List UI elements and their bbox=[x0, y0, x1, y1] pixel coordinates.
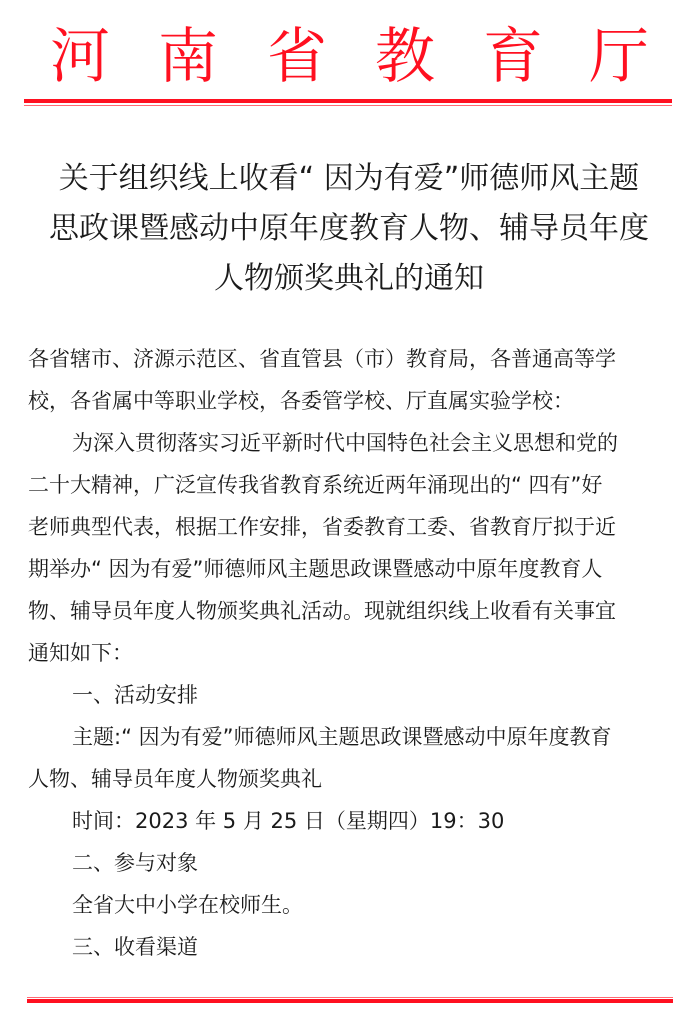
paragraph-line: 二十大精神，广泛宣传我省教育系统近两年涌现出的“ 四有”好 bbox=[28, 464, 678, 506]
paragraph-line: 期举办“ 因为有爱”师德师风主题思政课暨感动中原年度教育人 bbox=[28, 548, 678, 590]
document-body: 各省辖市、济源示范区、省直管县（市）教育局，各普通高等学 校，各省属中等职业学校… bbox=[28, 338, 678, 968]
paragraph-line: 老师典型代表，根据工作安排，省委教育工委、省教育厅拟于近 bbox=[28, 506, 678, 548]
paragraph-line: 为深入贯彻落实习近平新时代中国特色社会主义思想和党的 bbox=[28, 422, 678, 464]
salutation-line: 校，各省属中等职业学校，各委管学校、厅直属实验学校： bbox=[28, 380, 678, 422]
section-heading-activity: 一、活动安排 bbox=[28, 674, 678, 716]
header-rule-thick bbox=[24, 99, 672, 103]
salutation-line: 各省辖市、济源示范区、省直管县（市）教育局，各普通高等学 bbox=[28, 338, 678, 380]
letterhead-char: 南 bbox=[153, 22, 223, 92]
section-heading-channels: 三、收看渠道 bbox=[28, 926, 678, 968]
letterhead-char: 省 bbox=[262, 22, 332, 92]
paragraph-line: 物、辅导员年度人物颁奖典礼活动。现就组织线上收看有关事宜 bbox=[28, 590, 678, 632]
audience-line: 全省大中小学在校师生。 bbox=[28, 884, 678, 926]
event-theme-line: 主题:“ 因为有爱”师德师风主题思政课暨感动中原年度教育 bbox=[28, 716, 678, 758]
title-line: 关于组织线上收看“ 因为有爱”师德师风主题 bbox=[0, 154, 698, 204]
paragraph-line: 通知如下： bbox=[28, 632, 678, 674]
title-line: 思政课暨感动中原年度教育人物、辅导员年度 bbox=[0, 204, 698, 254]
title-line: 人物颁奖典礼的通知 bbox=[0, 254, 698, 304]
section-heading-audience: 二、参与对象 bbox=[28, 842, 678, 884]
document-title: 关于组织线上收看“ 因为有爱”师德师风主题 思政课暨感动中原年度教育人物、辅导员… bbox=[0, 154, 698, 304]
letterhead-char: 教 bbox=[370, 22, 440, 92]
letterhead-char: 育 bbox=[478, 22, 548, 92]
footer-rule-thin bbox=[27, 997, 673, 999]
letterhead: 河 南 省 教 育 厅 bbox=[0, 22, 698, 92]
event-time-line: 时间：2023 年 5 月 25 日（星期四）19：30 bbox=[28, 800, 678, 842]
header-rule-thin bbox=[24, 105, 672, 107]
event-theme-line: 人物、辅导员年度人物颁奖典礼 bbox=[28, 758, 678, 800]
letterhead-char: 厅 bbox=[584, 22, 654, 92]
footer-rule-thick bbox=[27, 999, 673, 1003]
letterhead-char: 河 bbox=[45, 22, 115, 92]
